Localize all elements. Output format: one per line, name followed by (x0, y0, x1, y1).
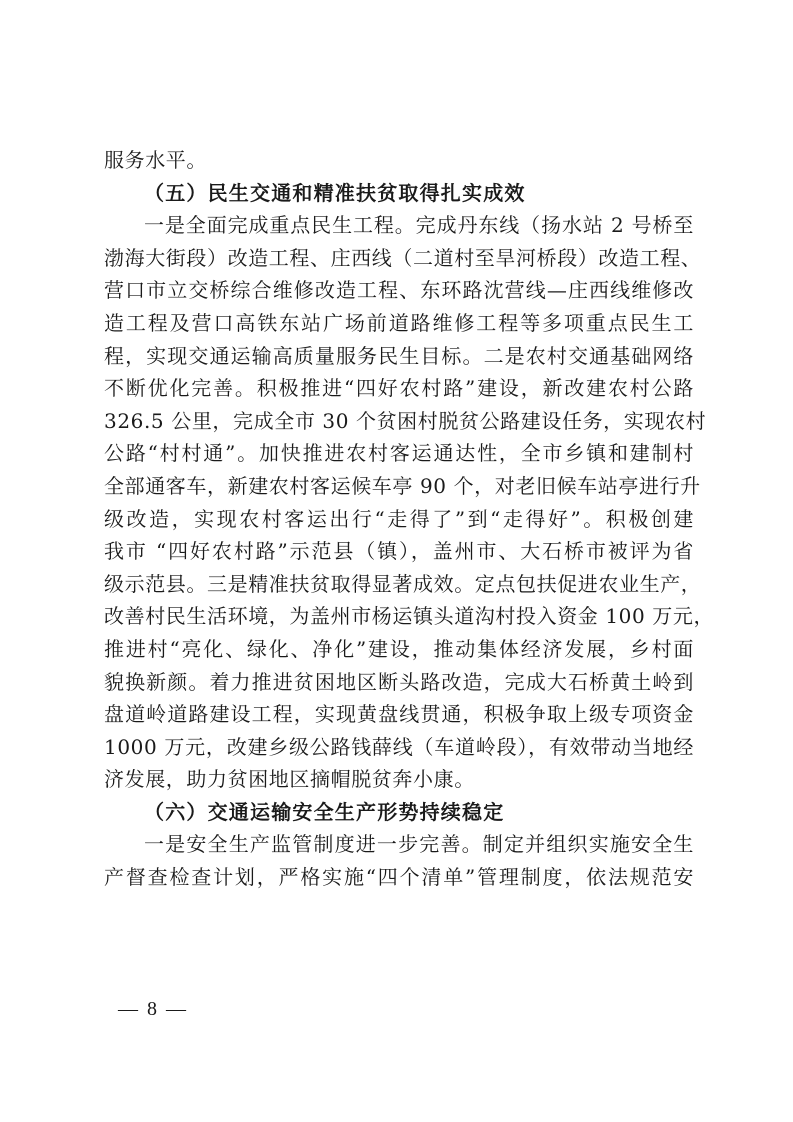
paragraph-line: 公路“村村通”。加快推进农村客运通达性，全市乡镇和建制村 (104, 437, 694, 470)
paragraph-line: 级改造，实现农村客运出行“走得了”到“走得好”。积极创建 (104, 503, 694, 536)
body-text: 服务水平。 （五）民生交通和精准扶贫取得扎实成效 一是全面完成重点民生工程。完成… (104, 144, 694, 894)
paragraph-line: 我市 “四好农村路”示范县（镇），盖州市、大石桥市被评为省 (104, 535, 694, 568)
paragraph-line: 盘道岭道路建设工程，实现黄盘线贯通，积极争取上级专项资金 (104, 698, 694, 731)
paragraph-line: 一是全面完成重点民生工程。完成丹东线（扬水站 2 号桥至 (104, 209, 694, 242)
paragraph-line: 326.5 公里，完成全市 30 个贫困村脱贫公路建设任务，实现农村 (104, 405, 694, 438)
paragraph-line: 不断优化完善。积极推进“四好农村路”建设，新改建农村公路 (104, 372, 694, 405)
document-page: 服务水平。 （五）民生交通和精准扶贫取得扎实成效 一是全面完成重点民生工程。完成… (0, 0, 793, 1122)
paragraph-line: 程，实现交通运输高质量服务民生目标。二是农村交通基础网络 (104, 340, 694, 373)
paragraph-line: 营口市立交桥综合维修改造工程、东环路沈营线—庄西线维修改 (104, 274, 694, 307)
paragraph-line: 产督查检查计划，严格实施“四个清单”管理制度，依法规范安 (104, 861, 694, 894)
section-heading-five: （五）民生交通和精准扶贫取得扎实成效 (104, 177, 694, 210)
paragraph-line: 服务水平。 (104, 144, 694, 177)
paragraph-line: 一是安全生产监管制度进一步完善。制定并组织实施安全生 (104, 828, 694, 861)
paragraph-line: 造工程及营口高铁东站广场前道路维修工程等多项重点民生工 (104, 307, 694, 340)
paragraph-line: 济发展，助力贫困地区摘帽脱贫奔小康。 (104, 763, 694, 796)
paragraph-line: 貌换新颜。着力推进贫困地区断头路改造，完成大石桥黄土岭到 (104, 666, 694, 699)
paragraph-line: 级示范县。三是精准扶贫取得显著成效。定点包扶促进农业生产， (104, 568, 694, 601)
paragraph-line: 推进村“亮化、绿化、净化”建设，推动集体经济发展，乡村面 (104, 633, 694, 666)
paragraph-line: 改善村民生活环境，为盖州市杨运镇头道沟村投入资金 100 万元， (104, 600, 694, 633)
section-heading-six: （六）交通运输安全生产形势持续稳定 (104, 796, 694, 829)
paragraph-line: 渤海大街段）改造工程、庄西线（二道村至旱河桥段）改造工程、 (104, 242, 694, 275)
paragraph-line: 全部通客车，新建农村客运候车亭 90 个，对老旧候车站亭进行升 (104, 470, 694, 503)
paragraph-line: 1000 万元，改建乡级公路钱薛线（车道岭段），有效带动当地经 (104, 731, 694, 764)
page-number: — 8 — (118, 998, 188, 1021)
